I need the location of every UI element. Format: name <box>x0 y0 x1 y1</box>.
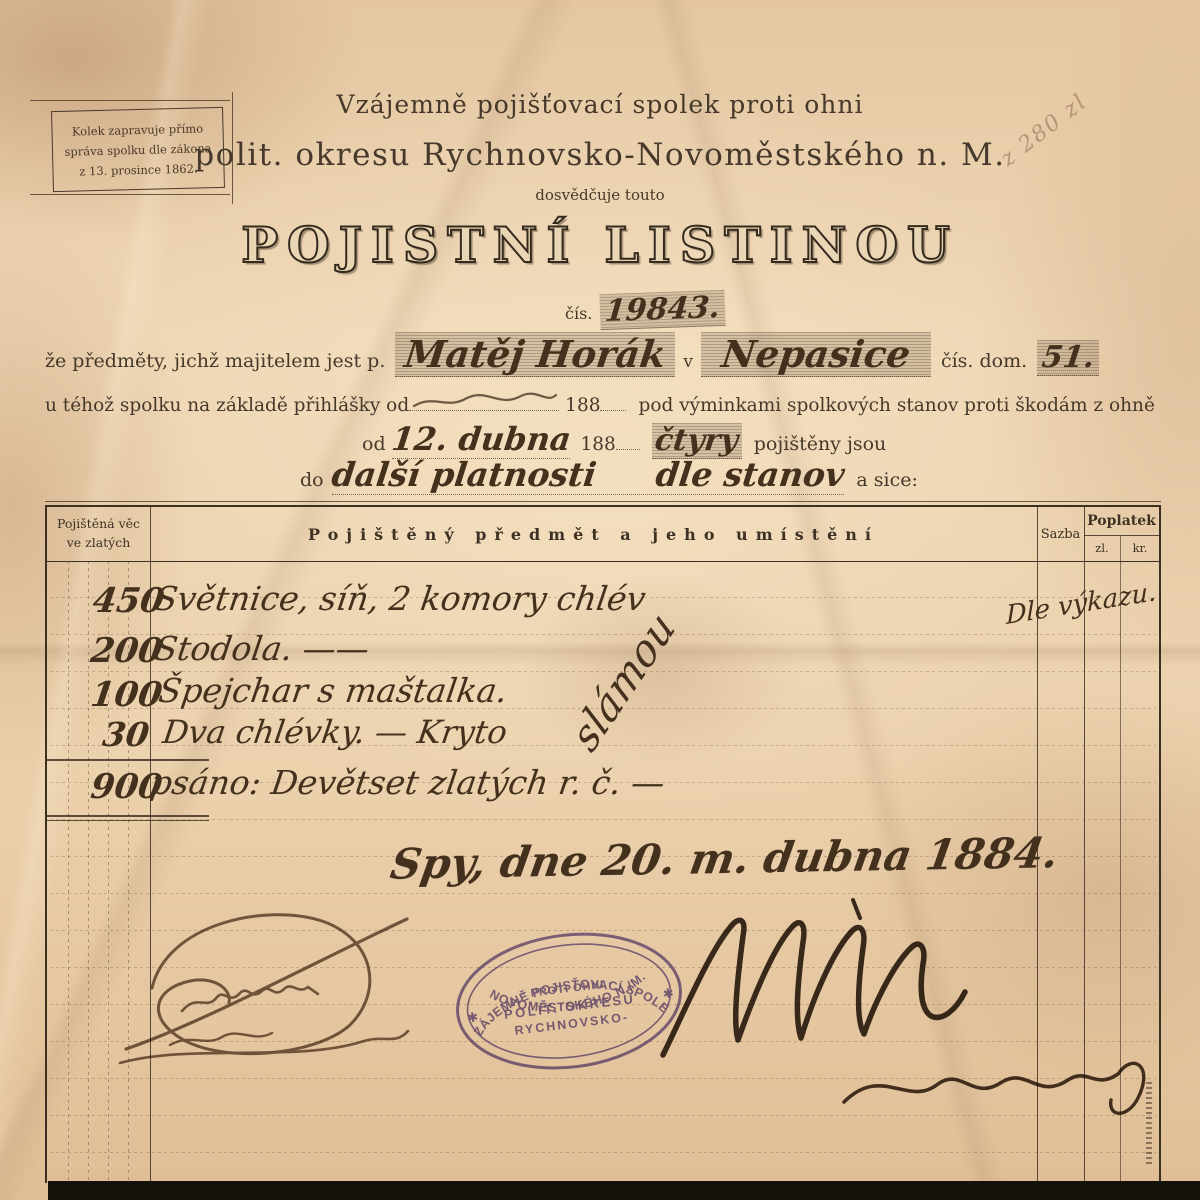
coverage-line-printed: pojištěny jsou <box>754 433 887 455</box>
col-object-header: Pojištěný předmět a jeho umístění <box>150 507 1037 561</box>
secretary-signature <box>832 1022 1167 1132</box>
row-4-amount: 30 <box>100 715 151 754</box>
kolek-line-1: Kolek zapravuje přímo <box>52 120 222 138</box>
col-sazba-header: Sazba <box>1037 507 1084 561</box>
validity-line-printed: a sice: <box>856 469 917 491</box>
od-label: od <box>362 433 386 455</box>
certificate-number-line: čís. 19843. <box>565 292 725 328</box>
insurance-certificate-scan: Kolek zapravuje přímo správa spolku dle … <box>0 0 1200 1200</box>
table-top-rule <box>45 501 1161 502</box>
row-1-text: Světnice, síň, 2 komory chlév <box>152 579 648 618</box>
validity-field: další platnosti dle stanov <box>332 455 845 495</box>
header-line-1: Vzájemně pojišťovací spolek proti ohni <box>0 90 1200 119</box>
col-kr-subheader: kr. <box>1121 535 1159 561</box>
application-line: u téhož spolku na základě přihlášky od 1… <box>45 388 1155 416</box>
col1-guide-1 <box>68 561 69 1183</box>
number-label: čís. <box>565 304 592 323</box>
total-rule-2 <box>47 820 209 821</box>
year-prefix-2: 188 <box>580 434 615 455</box>
application-line-printed-1: u téhož spolku na základě přihlášky od <box>45 395 409 416</box>
col1-guide-2 <box>88 561 89 1183</box>
application-date-field <box>409 388 559 411</box>
owner-line: že předměty, jichž majitelem jest p. Mat… <box>45 332 1155 377</box>
house-number-label: čís. dom. <box>941 350 1027 372</box>
table-header-row: Pojištěná věc ve zlatých Pojištěný předm… <box>47 507 1159 562</box>
col-zl-subheader: zl. <box>1084 535 1120 561</box>
diagonal-note: slámou <box>562 602 684 761</box>
document-title: POJISTNÍ LISTINOU <box>0 216 1200 274</box>
year-tail-1 <box>600 390 626 411</box>
row-5-text: psáno: Devětset zlatých r. č. — <box>148 763 667 802</box>
house-number-field: 51. <box>1037 340 1099 376</box>
row-4-text: Dva chlévky. — Kryto <box>160 713 509 751</box>
start-date-field: 12. dubna <box>392 420 571 459</box>
validity-line: do další platnosti dle stanov a sice: <box>300 455 918 495</box>
printer-imprint-marks <box>1146 1082 1152 1166</box>
row-2-text: Stodola. —— <box>152 629 371 668</box>
stamp-star-left: ✱ <box>466 1009 479 1025</box>
application-line-printed-2: pod výminkami spolkových stanov proti šk… <box>638 395 1154 416</box>
certificate-number-value: 19843. <box>600 290 726 330</box>
owner-line-printed: že předměty, jichž majitelem jest p. <box>45 350 385 372</box>
do-label: do <box>300 469 324 491</box>
year-prefix-1: 188 <box>565 395 600 416</box>
row-3-text: Špejchar s maštalka. <box>156 671 510 710</box>
year-tail-2 <box>616 429 640 450</box>
row-3-amount: 100 <box>88 675 165 715</box>
place-field: Nepasice <box>701 332 931 377</box>
scan-edge-bar <box>48 1181 1200 1200</box>
left-signature <box>112 893 422 1083</box>
col-poplatek-header: Poplatek <box>1084 507 1159 536</box>
header-line-2: polit. okresu Rychnovsko-Novoměstského n… <box>0 137 1200 173</box>
subtotal-rule <box>47 759 209 761</box>
owner-name-field: Matěj Horák <box>395 332 675 377</box>
illegible-scribble <box>409 386 559 416</box>
col-insured-value-header: Pojištěná věc ve zlatých <box>47 507 150 561</box>
sazba-note: Dle výkazu. <box>1006 577 1157 631</box>
duration-field: čtyry <box>652 423 742 459</box>
preposition-v: v <box>683 352 693 372</box>
coverage-start-line: od 12. dubna 188 čtyry pojištěny jsou <box>362 420 886 459</box>
header-line-3: dosvědčuje touto <box>0 186 1200 204</box>
total-rule-1 <box>47 815 209 817</box>
